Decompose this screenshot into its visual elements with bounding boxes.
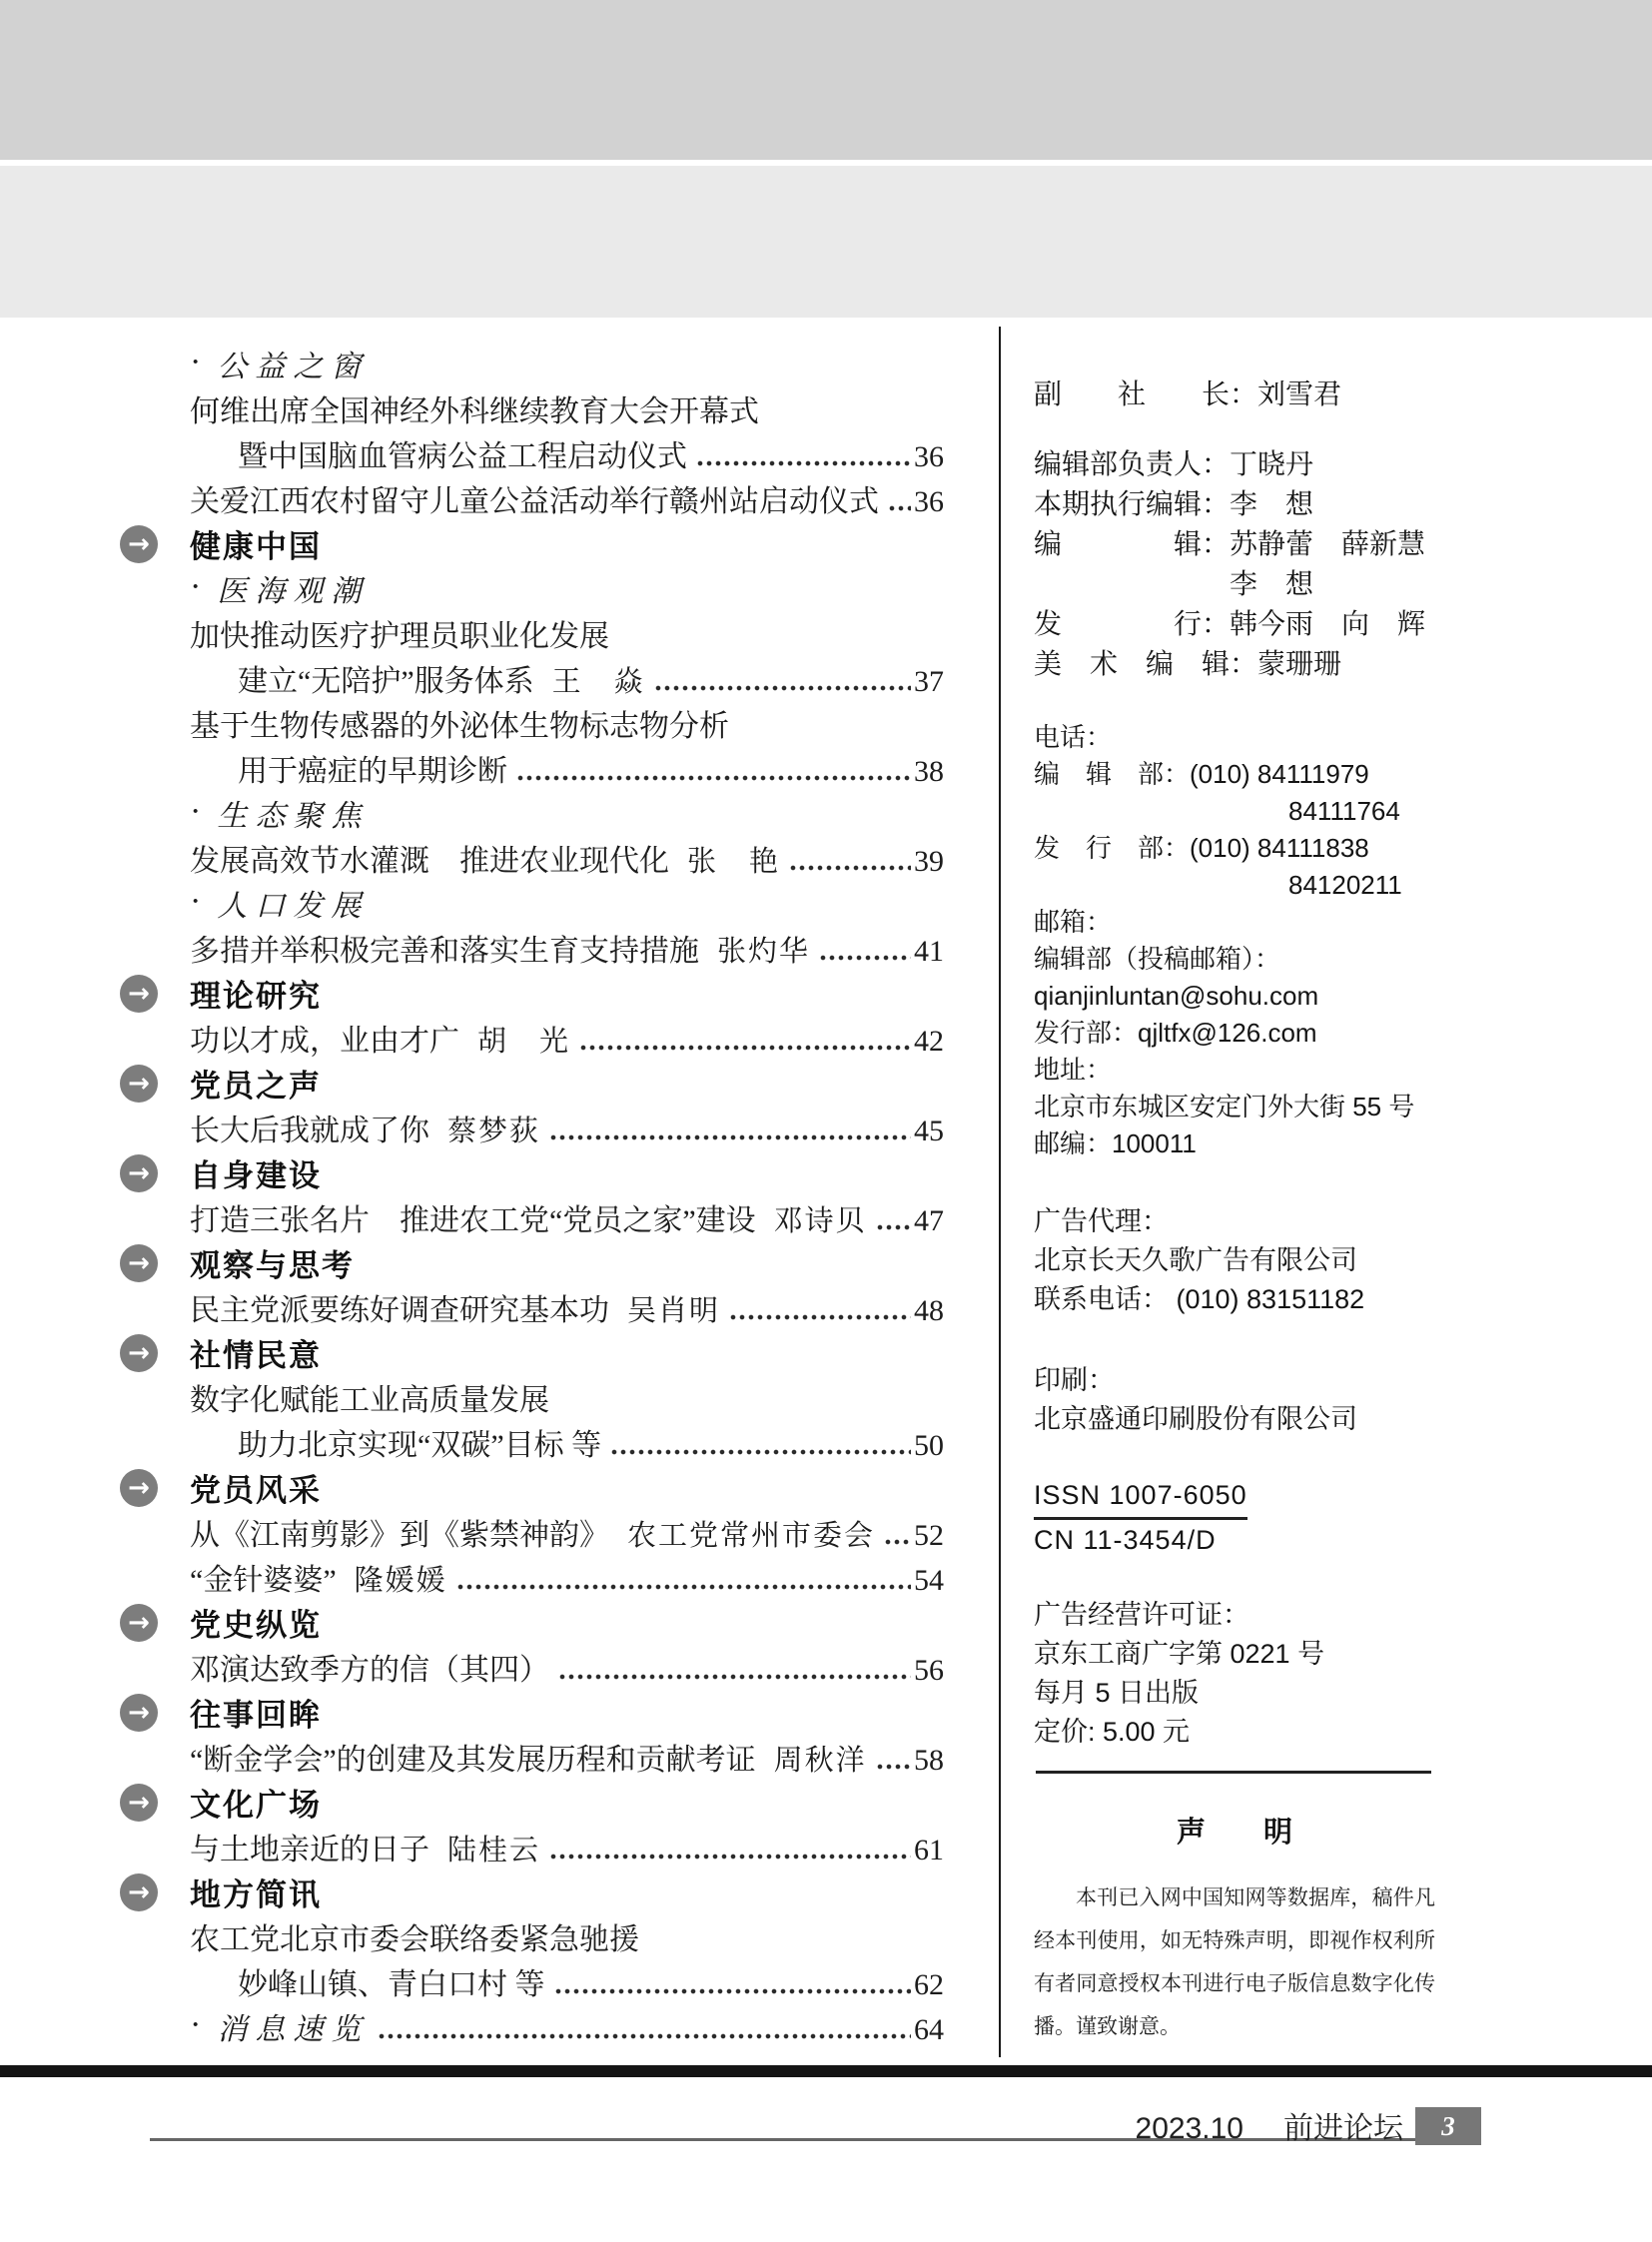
masthead-group-contact: 电话：编 辑 部：(010) 8411197984111764发 行 部：(01… bbox=[1034, 719, 1435, 1162]
toc-row-entry: 用于癌症的早期诊断38 bbox=[120, 746, 944, 791]
toc-text: 用于癌症的早期诊断 bbox=[238, 746, 507, 790]
toc-page-number: 37 bbox=[914, 665, 944, 699]
footer-journal-title: 前进论坛 bbox=[1283, 2112, 1403, 2145]
notice-title: 声 明 bbox=[1034, 1810, 1435, 1851]
toc-author: 王 焱 bbox=[552, 659, 645, 700]
masthead-line: 定价: 5.00 元 bbox=[1034, 1713, 1435, 1752]
toc-text: 关爱江西农村留守儿童公益活动举行赣州站启动仪式 bbox=[190, 476, 879, 520]
section-arrow-icon: → bbox=[120, 1784, 158, 1822]
toc-row-section: →社情民意 bbox=[120, 1330, 944, 1375]
toc-page-number: 61 bbox=[914, 1834, 944, 1868]
toc-text: 基于生物传感器的外泌体生物标志物分析 bbox=[190, 701, 729, 745]
dot-leader bbox=[550, 1134, 911, 1140]
toc-row-entry: 妙峰山镇、青白口村 等62 bbox=[120, 1959, 944, 2004]
masthead-line: 发 行：韩今雨 向 辉 bbox=[1034, 604, 1435, 644]
dot-leader bbox=[457, 1584, 911, 1590]
toc-page-number: 45 bbox=[914, 1115, 944, 1148]
toc-row-section: →理论研究 bbox=[120, 971, 944, 1016]
footer-issue: 2023.10 bbox=[1136, 2112, 1243, 2145]
bullet-icon: · bbox=[190, 2006, 201, 2044]
toc-row-entry: 邓演达致季方的信（其四）56 bbox=[120, 1645, 944, 1690]
toc-page-number: 52 bbox=[914, 1519, 944, 1553]
masthead-line: 编 辑：苏静蕾 薛新慧 bbox=[1034, 524, 1435, 564]
toc-text: 功以才成，业由才广 bbox=[190, 1016, 459, 1060]
toc-author: 张 艳 bbox=[687, 839, 780, 880]
bullet-icon: · bbox=[190, 793, 201, 831]
toc-text: 公益之窗 bbox=[217, 342, 369, 385]
toc-row-section: →地方简讯 bbox=[120, 1869, 944, 1914]
masthead-line: 本期执行编辑：李 想 bbox=[1034, 484, 1435, 524]
dot-leader bbox=[559, 1674, 911, 1680]
section-arrow-icon: → bbox=[120, 1469, 158, 1507]
masthead-line: 广告代理： bbox=[1034, 1202, 1435, 1241]
toc-row-section: →党员之声 bbox=[120, 1061, 944, 1106]
masthead-group-advertising: 广告代理：北京长天久歌广告有限公司联系电话： (010) 83151182 bbox=[1034, 1202, 1435, 1319]
toc-author: 农工党常州市委会 bbox=[627, 1513, 875, 1554]
toc-row-line: 基于生物传感器的外泌体生物标志物分析 bbox=[120, 701, 944, 746]
page-number-box: 3 bbox=[1415, 2107, 1481, 2145]
toc-row-section: →自身建设 bbox=[120, 1150, 944, 1195]
toc-row-line: 数字化赋能工业高质量发展 bbox=[120, 1375, 944, 1420]
dot-leader bbox=[889, 505, 911, 511]
footer-black-bar bbox=[0, 2065, 1652, 2077]
toc: ·公益之窗何维出席全国神经外科继续教育大会开幕式暨中国脑血管病公益工程启动仪式3… bbox=[120, 342, 944, 2049]
dot-leader bbox=[580, 1045, 911, 1051]
dot-leader bbox=[611, 1449, 911, 1455]
toc-author: 吴肖明 bbox=[627, 1288, 720, 1329]
toc-text: 生态聚焦 bbox=[217, 791, 369, 835]
bullet-icon: · bbox=[190, 344, 201, 381]
toc-text: 助力北京实现“双碳”目标 等 bbox=[238, 1420, 601, 1464]
toc-page-number: 36 bbox=[914, 440, 944, 474]
toc-row-entry: “断金学会”的创建及其发展历程和贡献考证周秋洋58 bbox=[120, 1735, 944, 1780]
toc-row-entry: 打造三张名片 推进农工党“党员之家”建设邓诗贝47 bbox=[120, 1195, 944, 1240]
toc-row-entry: 助力北京实现“双碳”目标 等50 bbox=[120, 1420, 944, 1465]
toc-text: 发展高效节水灌溉 推进农业现代化 bbox=[190, 836, 669, 880]
bullet-icon: · bbox=[190, 568, 201, 606]
dot-leader bbox=[790, 865, 911, 871]
notice: 声 明 本刊已入网中国知网等数据库，稿件凡经本刊使用，如无特殊声明，即视作权利所… bbox=[1034, 1810, 1435, 2048]
section-arrow-icon: → bbox=[120, 1244, 158, 1282]
toc-text: 消息速览 bbox=[217, 2004, 369, 2048]
dot-leader bbox=[555, 1988, 912, 1994]
masthead-line: 广告经营许可证： bbox=[1034, 1596, 1435, 1635]
column-divider bbox=[999, 327, 1001, 2057]
toc-row-entry: 多措并举积极完善和落实生育支持措施张灼华41 bbox=[120, 926, 944, 971]
toc-text: 暨中国脑血管病公益工程启动仪式 bbox=[238, 431, 687, 475]
toc-text: 何维出席全国神经外科继续教育大会开幕式 bbox=[190, 386, 759, 430]
toc-page-number: 41 bbox=[914, 935, 944, 969]
masthead-group-staff: 副 社 长：刘雪君编辑部负责人：丁晓丹本期执行编辑：李 想编 辑：苏静蕾 薛新慧… bbox=[1034, 374, 1435, 684]
section-arrow-icon: → bbox=[120, 975, 158, 1013]
toc-author: 陆桂云 bbox=[447, 1828, 540, 1868]
toc-row-entry: 与土地亲近的日子陆桂云61 bbox=[120, 1825, 944, 1869]
toc-text: 数字化赋能工业高质量发展 bbox=[190, 1375, 549, 1419]
masthead-line: CN 11-3454/D bbox=[1034, 1520, 1435, 1560]
masthead-line: 编辑部负责人：丁晓丹 bbox=[1034, 444, 1435, 484]
toc-text: 自身建设 bbox=[190, 1150, 322, 1195]
toc-row-section: →健康中国 bbox=[120, 521, 944, 566]
toc-row-sub: ·人口发展 bbox=[120, 881, 944, 926]
dot-leader bbox=[730, 1314, 911, 1320]
dot-leader bbox=[885, 1539, 911, 1545]
masthead-line: 美 术 编 辑：蒙珊珊 bbox=[1034, 644, 1435, 684]
masthead-line: 地址： bbox=[1034, 1052, 1435, 1089]
toc-row-entry: 关爱江西农村留守儿童公益活动举行赣州站启动仪式36 bbox=[120, 476, 944, 521]
toc-text: 农工党北京市委会联络委紧急驰援 bbox=[190, 1914, 639, 1958]
section-arrow-icon: → bbox=[120, 1065, 158, 1103]
masthead-line: 发 行 部：(010) 84111838 bbox=[1034, 830, 1435, 867]
masthead-line: 北京长天久歌广告有限公司 bbox=[1034, 1241, 1435, 1280]
dot-leader bbox=[655, 685, 911, 691]
toc-page-number: 54 bbox=[914, 1564, 944, 1598]
toc-row-entry: 发展高效节水灌溉 推进农业现代化张 艳39 bbox=[120, 836, 944, 881]
toc-text: 与土地亲近的日子 bbox=[190, 1825, 429, 1868]
toc-row-section: →观察与思考 bbox=[120, 1240, 944, 1285]
toc-row-entry: “金针婆婆”隆媛媛54 bbox=[120, 1555, 944, 1600]
toc-page-number: 39 bbox=[914, 845, 944, 879]
header-light-band bbox=[0, 166, 1652, 318]
toc-row-line: 加快推动医疗护理员职业化发展 bbox=[120, 611, 944, 656]
toc-text: 建立“无陪护”服务体系 bbox=[238, 656, 534, 700]
toc-text: 长大后我就成了你 bbox=[190, 1106, 429, 1149]
toc-row-section: →文化广场 bbox=[120, 1780, 944, 1825]
masthead-group-issn: ISSN 1007-6050CN 11-3454/D bbox=[1034, 1475, 1435, 1560]
toc-row-line: 何维出席全国神经外科继续教育大会开幕式 bbox=[120, 386, 944, 431]
masthead-line: 北京盛通印刷股份有限公司 bbox=[1034, 1400, 1435, 1439]
header-gray-band bbox=[0, 0, 1652, 160]
section-arrow-icon: → bbox=[120, 525, 158, 563]
toc-page-number: 50 bbox=[914, 1429, 944, 1463]
section-arrow-icon: → bbox=[120, 1604, 158, 1642]
toc-text: 地方简讯 bbox=[190, 1869, 322, 1914]
masthead-line: 发行部：qjltfx@126.com bbox=[1034, 1015, 1435, 1052]
dot-leader bbox=[517, 775, 911, 781]
toc-page-number: 42 bbox=[914, 1025, 944, 1059]
toc-row-entry: 民主党派要练好调查研究基本功吴肖明48 bbox=[120, 1285, 944, 1330]
toc-text: 人口发展 bbox=[217, 881, 369, 925]
page-number: 3 bbox=[1441, 2111, 1455, 2142]
masthead-line: 北京市东城区安定门外大街 55 号 bbox=[1034, 1089, 1435, 1125]
toc-text: 从《江南剪影》到《紫禁神韵》 bbox=[190, 1510, 609, 1554]
toc-page-number: 38 bbox=[914, 755, 944, 789]
toc-text: “断金学会”的创建及其发展历程和贡献考证 bbox=[190, 1735, 756, 1779]
masthead-line: 电话： bbox=[1034, 719, 1435, 756]
toc-page-number: 36 bbox=[914, 485, 944, 519]
toc-page-number: 47 bbox=[914, 1204, 944, 1238]
toc-row-sub: ·生态聚焦 bbox=[120, 791, 944, 836]
dot-leader bbox=[820, 955, 911, 961]
bullet-icon: · bbox=[190, 883, 201, 921]
toc-text: 加快推动医疗护理员职业化发展 bbox=[190, 611, 609, 655]
toc-page-number: 62 bbox=[914, 1968, 944, 2002]
section-arrow-icon: → bbox=[120, 1873, 158, 1911]
toc-text: 理论研究 bbox=[190, 971, 322, 1016]
masthead-line: 编辑部（投稿邮箱）： bbox=[1034, 941, 1435, 978]
masthead-line: 京东工商广字第 0221 号 bbox=[1034, 1635, 1435, 1674]
masthead: 副 社 长：刘雪君编辑部负责人：丁晓丹本期执行编辑：李 想编 辑：苏静蕾 薛新慧… bbox=[1034, 374, 1435, 1752]
notice-divider bbox=[1036, 1771, 1431, 1774]
masthead-group-printing: 印刷：北京盛通印刷股份有限公司 bbox=[1034, 1361, 1435, 1439]
section-arrow-icon: → bbox=[120, 1154, 158, 1192]
masthead-line: 编 辑 部：(010) 84111979 bbox=[1034, 756, 1435, 793]
section-arrow-icon: → bbox=[120, 1334, 158, 1372]
magazine-toc-page: ·公益之窗何维出席全国神经外科继续教育大会开幕式暨中国脑血管病公益工程启动仪式3… bbox=[0, 0, 1652, 2242]
toc-text: 党员之声 bbox=[190, 1061, 322, 1106]
toc-row-entry: 长大后我就成了你蔡梦荻45 bbox=[120, 1106, 944, 1150]
toc-row-entry: 功以才成，业由才广胡 光42 bbox=[120, 1016, 944, 1061]
dot-leader bbox=[877, 1764, 911, 1770]
toc-row-section: →党员风采 bbox=[120, 1465, 944, 1510]
toc-author: 蔡梦荻 bbox=[447, 1109, 540, 1149]
footer-text: 2023.10前进论坛 bbox=[899, 2103, 1403, 2147]
toc-row-section: →往事回眸 bbox=[120, 1690, 944, 1735]
masthead-line: 印刷： bbox=[1034, 1361, 1435, 1400]
notice-body: 本刊已入网中国知网等数据库，稿件凡经本刊使用，如无特殊声明，即视作权利所有者同意… bbox=[1034, 1876, 1435, 2048]
toc-row-entry: 建立“无陪护”服务体系王 焱37 bbox=[120, 656, 944, 701]
toc-author: 周秋洋 bbox=[774, 1738, 867, 1779]
toc-text: 文化广场 bbox=[190, 1780, 322, 1825]
toc-row-subentry: ·消息速览64 bbox=[120, 2004, 944, 2049]
dot-leader bbox=[379, 2033, 911, 2039]
toc-text: 多措并举积极完善和落实生育支持措施 bbox=[190, 926, 699, 970]
toc-text: 邓演达致季方的信（其四） bbox=[190, 1645, 549, 1689]
toc-text: “金针婆婆” bbox=[190, 1555, 337, 1599]
masthead-line: qianjinluntan@sohu.com bbox=[1034, 978, 1435, 1015]
masthead-line: 每月 5 日出版 bbox=[1034, 1674, 1435, 1713]
masthead-line: 84111764 bbox=[1034, 793, 1435, 830]
toc-text: 民主党派要练好调查研究基本功 bbox=[190, 1285, 609, 1329]
dot-leader bbox=[877, 1224, 911, 1230]
masthead-line: ISSN 1007-6050 bbox=[1034, 1475, 1247, 1520]
dot-leader bbox=[550, 1854, 911, 1860]
masthead-line: 邮编：100011 bbox=[1034, 1125, 1435, 1162]
toc-row-entry: 从《江南剪影》到《紫禁神韵》农工党常州市委会52 bbox=[120, 1510, 944, 1555]
toc-author: 邓诗贝 bbox=[774, 1198, 867, 1239]
toc-text: 往事回眸 bbox=[190, 1690, 322, 1735]
dot-leader bbox=[697, 460, 911, 466]
toc-text: 医海观潮 bbox=[217, 566, 369, 610]
toc-text: 观察与思考 bbox=[190, 1240, 355, 1285]
masthead-line: 联系电话： (010) 83151182 bbox=[1034, 1280, 1435, 1319]
masthead-line: 邮箱： bbox=[1034, 904, 1435, 941]
toc-author: 胡 光 bbox=[477, 1019, 570, 1060]
toc-text: 妙峰山镇、青白口村 等 bbox=[238, 1959, 545, 2003]
toc-text: 打造三张名片 推进农工党“党员之家”建设 bbox=[190, 1195, 756, 1239]
toc-text: 党员风采 bbox=[190, 1465, 322, 1510]
toc-page-number: 64 bbox=[914, 2013, 944, 2047]
toc-text: 健康中国 bbox=[190, 521, 322, 566]
toc-author: 张灼华 bbox=[717, 929, 810, 970]
toc-page-number: 48 bbox=[914, 1294, 944, 1328]
toc-text: 社情民意 bbox=[190, 1330, 322, 1375]
toc-page-number: 56 bbox=[914, 1654, 944, 1688]
toc-row-section: →党史纵览 bbox=[120, 1600, 944, 1645]
toc-row-sub: ·公益之窗 bbox=[120, 342, 944, 386]
toc-text: 党史纵览 bbox=[190, 1600, 322, 1645]
section-arrow-icon: → bbox=[120, 1694, 158, 1732]
toc-page-number: 58 bbox=[914, 1744, 944, 1778]
toc-row-line: 农工党北京市委会联络委紧急驰援 bbox=[120, 1914, 944, 1959]
toc-author: 隆媛媛 bbox=[355, 1558, 447, 1599]
masthead-line: 副 社 长：刘雪君 bbox=[1034, 374, 1435, 414]
toc-row-sub: ·医海观潮 bbox=[120, 566, 944, 611]
masthead-group-license: 广告经营许可证：京东工商广字第 0221 号每月 5 日出版定价: 5.00 元 bbox=[1034, 1596, 1435, 1752]
masthead-line: 李 想 bbox=[1034, 564, 1435, 604]
toc-row-entry: 暨中国脑血管病公益工程启动仪式36 bbox=[120, 431, 944, 476]
masthead-line: 84120211 bbox=[1034, 867, 1435, 904]
